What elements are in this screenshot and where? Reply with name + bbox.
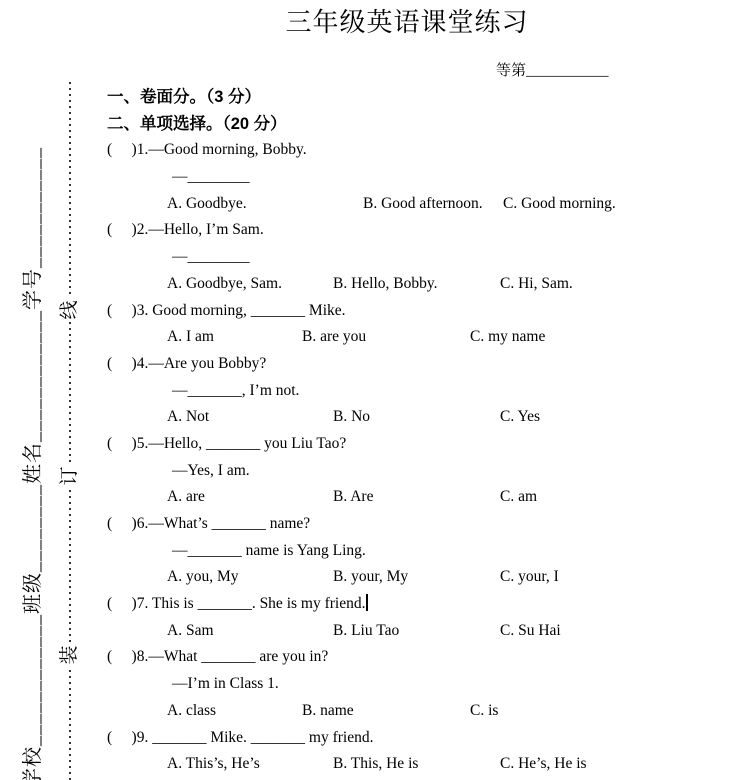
question-reply: —_______, I’m not. xyxy=(0,378,729,405)
question-text: —Hello, _______ you Liu Tao? xyxy=(148,435,346,452)
option-a: A. class xyxy=(167,698,302,725)
exam-body: 一、卷面分。（3 分） 二、单项选择。（20 分） ( )1.—Good mor… xyxy=(0,84,729,778)
section-heading-paper-score: 一、卷面分。（3 分） xyxy=(0,84,729,111)
answer-bracket: ( )8. xyxy=(107,648,148,665)
grade-field: 等第___________ xyxy=(496,59,609,80)
question-text: —What _______ are you in? xyxy=(148,648,328,665)
answer-bracket: ( )3. xyxy=(107,302,152,319)
section-heading-multiple-choice: 二、单项选择。（20 分） xyxy=(0,111,729,138)
option-b: B. name xyxy=(302,698,470,725)
question-reply: —_______ name is Yang Ling. xyxy=(0,538,729,565)
option-row: A. Not B. No C. Yes xyxy=(0,404,729,431)
option-c: C. your, I xyxy=(500,564,559,591)
question-stem: ( )2.—Hello, I’m Sam. xyxy=(0,217,729,244)
binding-char: 线 xyxy=(58,298,82,322)
option-row: A. This’s, He’s B. This, He is C. He’s, … xyxy=(0,751,729,778)
option-c: C. is xyxy=(470,698,498,725)
option-b: B. Good afternoon. xyxy=(363,191,503,218)
option-b: B. This, He is xyxy=(333,751,500,778)
exam-title: 三年级英语课堂练习 xyxy=(85,2,729,39)
option-b: B. are you xyxy=(302,324,470,351)
question-reply: —I’m in Class 1. xyxy=(0,671,729,698)
question-reply: —Yes, I am. xyxy=(0,458,729,485)
question-reply: —________ xyxy=(0,244,729,271)
option-row: A. you, My B. your, My C. your, I xyxy=(0,564,729,591)
option-c: C. Yes xyxy=(500,404,540,431)
answer-bracket: ( )9. xyxy=(107,729,152,746)
question-stem: ( )6.—What’s _______ name? xyxy=(0,511,729,538)
option-a: A. Goodbye. xyxy=(167,191,363,218)
question-stem: ( )4.—Are you Bobby? xyxy=(0,351,729,378)
option-c: C. Good morning. xyxy=(503,191,616,218)
option-a: A. are xyxy=(167,484,333,511)
option-b: B. Are xyxy=(333,484,500,511)
text-cursor xyxy=(366,594,368,611)
answer-bracket: ( )5. xyxy=(107,435,148,452)
option-c: C. my name xyxy=(470,324,545,351)
option-row: A. class B. name C. is xyxy=(0,698,729,725)
option-c: C. Su Hai xyxy=(500,618,561,645)
option-b: B. Liu Tao xyxy=(333,618,500,645)
grade-blank-line: ___________ xyxy=(526,63,609,79)
option-c: C. Hi, Sam. xyxy=(500,271,573,298)
question-text: —What’s _______ name? xyxy=(148,515,310,532)
option-row: A. are B. Are C. am xyxy=(0,484,729,511)
question-stem: ( )7. This is _______. She is my friend. xyxy=(0,591,729,618)
question-text: —Hello, I’m Sam. xyxy=(148,221,263,238)
option-c: C. He’s, He is xyxy=(500,751,587,778)
option-a: A. Not xyxy=(167,404,333,431)
answer-bracket: ( )4. xyxy=(107,355,148,372)
grade-label: 等第 xyxy=(496,63,526,79)
question-text: —Good morning, Bobby. xyxy=(148,141,306,158)
question-stem: ( )3. Good morning, _______ Mike. xyxy=(0,298,729,325)
option-a: A. I am xyxy=(167,324,302,351)
option-a: A. Goodbye, Sam. xyxy=(167,271,333,298)
binding-char: 订 xyxy=(58,464,82,488)
question-text: —Are you Bobby? xyxy=(148,355,266,372)
question-reply: —________ xyxy=(0,164,729,191)
answer-bracket: ( )6. xyxy=(107,515,148,532)
option-b: B. No xyxy=(333,404,500,431)
option-a: A. you, My xyxy=(167,564,333,591)
question-stem: ( )9. _______ Mike. _______ my friend. xyxy=(0,725,729,752)
answer-bracket: ( )1. xyxy=(107,141,148,158)
exam-page[interactable]: 三年级英语课堂练习 等第___________ 学校____________班级… xyxy=(0,0,729,780)
question-text: Good morning, _______ Mike. xyxy=(152,302,345,319)
option-c: C. am xyxy=(500,484,537,511)
option-b: B. your, My xyxy=(333,564,500,591)
question-stem: ( )5.—Hello, _______ you Liu Tao? xyxy=(0,431,729,458)
option-row: A. Sam B. Liu Tao C. Su Hai xyxy=(0,618,729,645)
option-row: A. I am B. are you C. my name xyxy=(0,324,729,351)
answer-bracket: ( )2. xyxy=(107,221,148,238)
option-a: A. This’s, He’s xyxy=(167,751,333,778)
question-stem: ( )8.—What _______ are you in? xyxy=(0,644,729,671)
binding-char: 装 xyxy=(58,643,82,667)
question-text: _______ Mike. _______ my friend. xyxy=(152,729,373,746)
option-row: A. Goodbye, Sam. B. Hello, Bobby. C. Hi,… xyxy=(0,271,729,298)
question-text: This is _______. She is my friend. xyxy=(152,595,366,612)
option-b: B. Hello, Bobby. xyxy=(333,271,500,298)
question-stem: ( )1.—Good morning, Bobby. xyxy=(0,137,729,164)
answer-bracket: ( )7. xyxy=(107,595,152,612)
option-a: A. Sam xyxy=(167,618,333,645)
option-row: A. Goodbye. B. Good afternoon. C. Good m… xyxy=(0,191,729,218)
